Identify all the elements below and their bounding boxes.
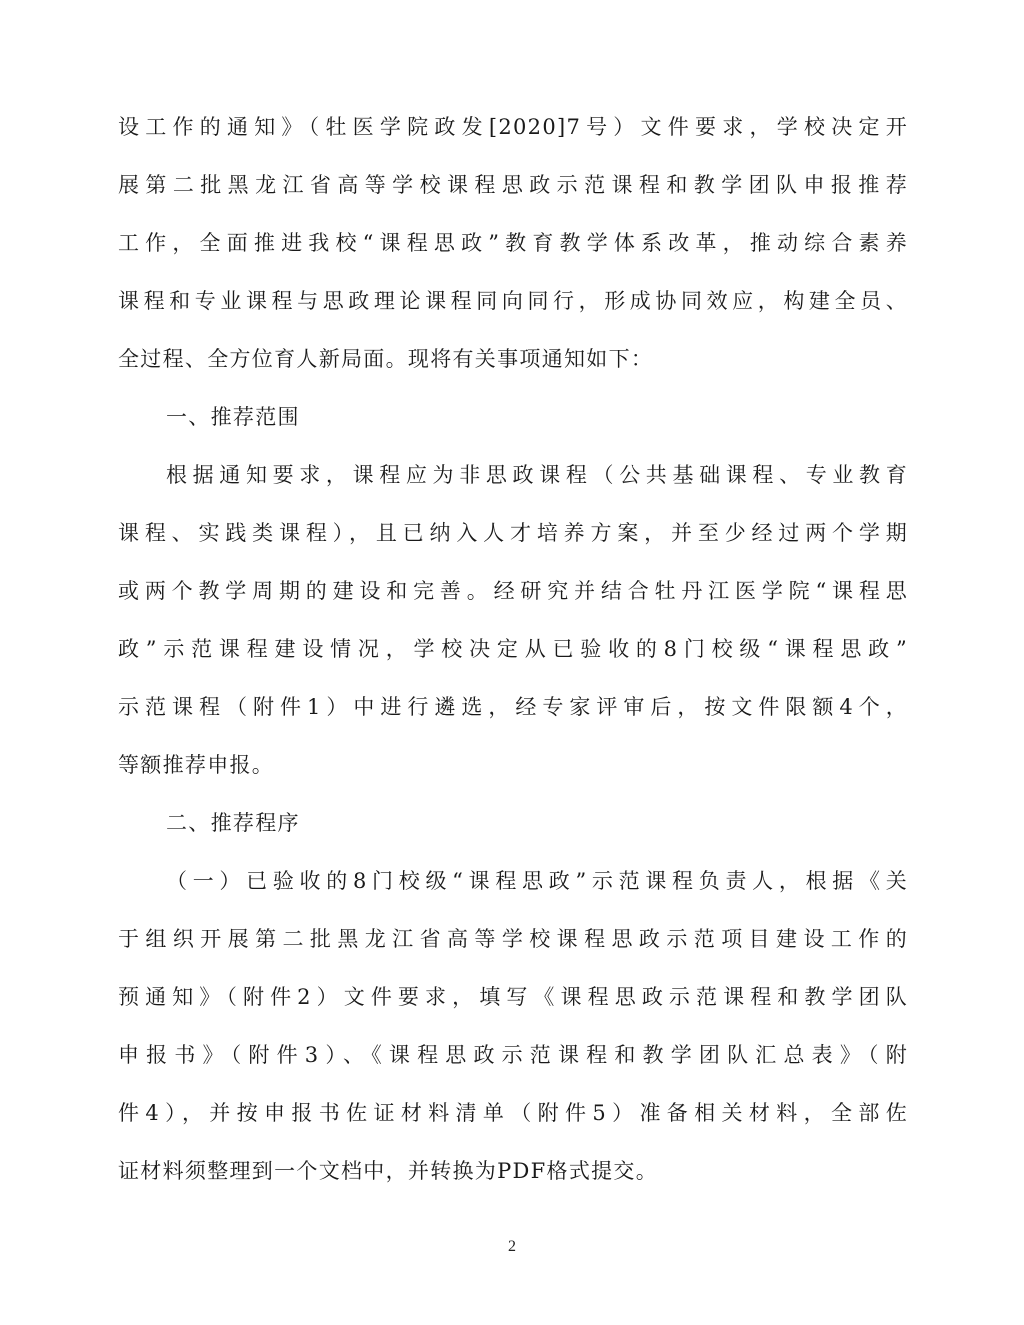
paragraph-line: 于组织开展第二批黑龙江省高等学校课程思政示范项目建设工作的: [118, 924, 908, 954]
section-heading-scope: 一、推荐范围: [166, 402, 908, 432]
paragraph-line: （一）已验收的8门校级“课程思政”示范课程负责人，根据《关: [166, 866, 908, 896]
paragraph-line: 或两个教学周期的建设和完善。经研究并结合牡丹江医学院“课程思: [118, 576, 908, 606]
paragraph-line: 课程和专业课程与思政理论课程同向同行，形成协同效应，构建全员、: [118, 286, 908, 316]
paragraph-line: 政”示范课程建设情况，学校决定从已验收的8门校级“课程思政”: [118, 634, 908, 664]
section-heading-procedure: 二、推荐程序: [166, 808, 908, 838]
paragraph-line: 示范课程（附件1）中进行遴选，经专家评审后，按文件限额4个，: [118, 692, 908, 722]
paragraph-line: 课程、实践类课程），且已纳入人才培养方案，并至少经过两个学期: [118, 518, 908, 548]
paragraph-line: 证材料须整理到一个文档中，并转换为PDF格式提交。: [118, 1156, 908, 1186]
paragraph-line: 展第二批黑龙江省高等学校课程思政示范课程和教学团队申报推荐: [118, 170, 908, 200]
page-number: 2: [0, 1238, 1024, 1256]
paragraph-line: 等额推荐申报。: [118, 750, 908, 780]
paragraph-line: 根据通知要求，课程应为非思政课程（公共基础课程、专业教育: [166, 460, 908, 490]
document-page: 设工作的通知》（牡医学院政发[2020]7号）文件要求，学校决定开 展第二批黑龙…: [0, 0, 1024, 1325]
paragraph-line: 件4），并按申报书佐证材料清单（附件5）准备相关材料，全部佐: [118, 1098, 908, 1128]
paragraph-line: 全过程、全方位育人新局面。现将有关事项通知如下：: [118, 344, 908, 374]
paragraph-line: 工作，全面推进我校“课程思政”教育教学体系改革，推动综合素养: [118, 228, 908, 258]
paragraph-line: 预通知》（附件2）文件要求，填写《课程思政示范课程和教学团队: [118, 982, 908, 1012]
paragraph-line: 申报书》（附件3）、《课程思政示范课程和教学团队汇总表》（附: [118, 1040, 908, 1070]
paragraph-line: 设工作的通知》（牡医学院政发[2020]7号）文件要求，学校决定开: [118, 112, 908, 142]
